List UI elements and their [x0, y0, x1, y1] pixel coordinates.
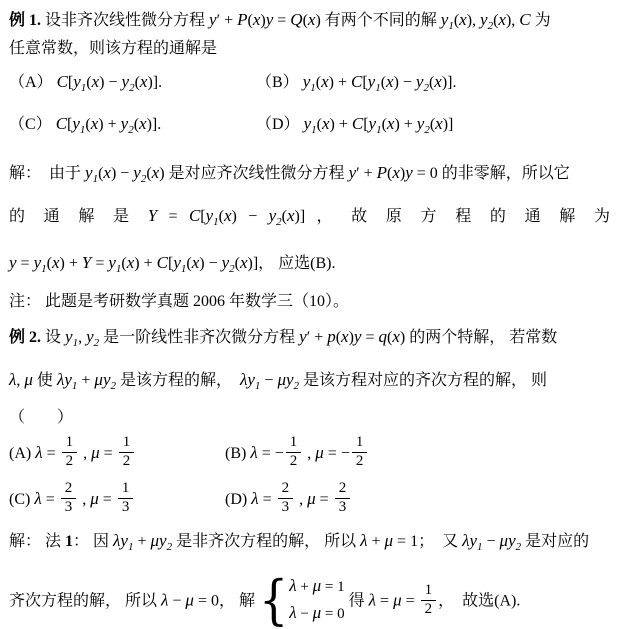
fraction: 12: [62, 435, 78, 470]
text-run: =: [316, 491, 333, 508]
math-variable: C: [351, 72, 362, 91]
math-variable: C: [157, 253, 168, 272]
equation-system: {λ + μ = 1λ − μ = 0: [259, 573, 345, 627]
math-variable: Y: [148, 206, 157, 225]
math-variable: μ: [150, 531, 159, 550]
math-variable: x: [392, 327, 400, 346]
text-run: ) −: [111, 165, 133, 182]
text-run: = 0: [321, 606, 344, 622]
subscript: 2: [488, 20, 494, 32]
math-variable: y: [86, 327, 94, 346]
text-run: ， 故选(A).: [438, 593, 520, 610]
math-variable: μ: [313, 576, 322, 595]
ex2-problem-line2: λ, μ 使 λy1 + μy2 是该方程的解， λy1 − μy2 是该方程对…: [9, 368, 610, 393]
text-run: = 0 的非零解，所以它: [413, 165, 570, 182]
math-variable: μ: [90, 489, 99, 508]
fraction: 12: [286, 435, 302, 470]
fraction: 23: [335, 481, 351, 516]
subscript: 1: [80, 124, 86, 136]
text-run: +: [297, 579, 313, 595]
math-variable: y: [122, 72, 130, 91]
math-variable: y: [120, 531, 128, 550]
math-variable: x: [321, 72, 329, 91]
subscript: 1: [128, 541, 134, 553]
ex1-note: 注： 此题是考研数学真题 2006 年数学三（10）。: [9, 290, 610, 314]
text-run: = 1: [321, 579, 344, 595]
fraction-denominator: 2: [286, 453, 302, 470]
option-left: (A) λ = 12 , μ = 12: [9, 430, 136, 477]
math-variable: x: [139, 114, 147, 133]
math-variable: μ: [94, 370, 103, 389]
ex1-options-row-cd: （C） C[y1(x) + y2(x)].（D） y1(x) + C[y1(x)…: [9, 112, 610, 137]
system-row: λ − μ = 0: [289, 600, 344, 627]
text-run: （ ）: [9, 409, 73, 426]
subscript: 1: [41, 263, 47, 275]
math-variable: λ: [289, 603, 296, 622]
fraction-numerator: 1: [119, 435, 135, 453]
math-variable: C: [57, 72, 68, 91]
text-run: ) 的两个特解， 若常数: [400, 329, 557, 346]
text-run: −: [168, 593, 185, 610]
math-variable: y: [108, 253, 116, 272]
math-variable: Q: [290, 10, 302, 29]
text-run: = 0， 解: [194, 593, 259, 610]
subscript: 1: [81, 82, 87, 94]
fraction-numerator: 2: [335, 481, 351, 499]
math-variable: μ: [393, 591, 402, 610]
math-variable: λ: [369, 591, 376, 610]
text-run: = 1； 又: [393, 533, 462, 550]
subscript: 1: [116, 263, 122, 275]
math-variable: x: [103, 163, 111, 182]
math-variable: P: [377, 163, 387, 182]
subscript: 1: [213, 216, 219, 228]
text-run: 为: [531, 12, 551, 29]
math-variable: x: [434, 72, 442, 91]
subscript: 1: [73, 337, 79, 349]
math-variable: y: [65, 327, 73, 346]
ex1-solution-line1: 解： 由于 y1(x) − y2(x) 是对应齐次线性微分方程 y′ + P(x…: [9, 161, 610, 186]
fraction-numerator: 1: [352, 435, 368, 453]
math-variable: y: [73, 72, 81, 91]
system-rows: λ + μ = 1λ − μ = 0: [289, 573, 344, 627]
math-variable: x: [52, 253, 60, 272]
math-variable: μ: [91, 443, 100, 462]
text-run: 的 通 解 是: [9, 208, 148, 225]
math-variable: λ: [251, 489, 258, 508]
math-variable: y: [286, 370, 294, 389]
text-run: (C): [9, 491, 34, 508]
ex2-options-row-ab: (A) λ = 12 , μ = 12(B) λ = −12 , μ = −12: [9, 430, 610, 477]
math-variable: y: [405, 163, 413, 182]
text-run: ,: [303, 445, 315, 462]
text-run: =: [157, 208, 189, 225]
text-run: ′ +: [307, 329, 328, 346]
math-variable: x: [498, 10, 506, 29]
text-run: (D): [225, 491, 251, 508]
text-run: 得: [345, 593, 369, 610]
fraction: 12: [352, 435, 368, 470]
text-run: ) +: [134, 255, 156, 272]
subscript: 1: [375, 82, 381, 94]
text-run: =: [42, 491, 59, 508]
text-run: −: [297, 606, 313, 622]
text-run: ) −: [199, 255, 221, 272]
text-run: ) +: [60, 255, 82, 272]
subscript: 2: [516, 541, 522, 553]
text-run: ) +: [329, 116, 351, 133]
text-run: ： 因: [73, 533, 113, 550]
fraction: 23: [61, 481, 77, 516]
math-variable: C: [189, 206, 200, 225]
fraction-numerator: 2: [278, 481, 294, 499]
text-run: 是一阶线性非齐次微分方程: [99, 329, 299, 346]
subscript: 2: [128, 124, 134, 136]
math-variable: y: [85, 163, 93, 182]
text-run: （B）: [256, 74, 303, 91]
math-variable: μ: [307, 489, 316, 508]
subscript: 2: [94, 337, 100, 349]
math-variable: y: [209, 10, 217, 29]
subscript: 2: [110, 380, 116, 392]
text-run: ) −: [232, 208, 269, 225]
text-run: ′ +: [217, 12, 238, 29]
math-document: 例 1. 设非齐次线性微分方程 y′ + P(x)y = Q(x) 有两个不同的…: [0, 0, 618, 629]
math-variable: x: [459, 10, 467, 29]
text-run: ),: [506, 12, 519, 29]
text-run: ,: [79, 445, 91, 462]
option-right: （B） y1(x) + C[y1(x) − y2(x)].: [256, 70, 457, 95]
option-right: (B) λ = −12 , μ = −12: [225, 430, 369, 477]
system-row: λ + μ = 1: [289, 573, 344, 600]
ex2-problem-line1: 例 2. 设 y1, y2 是一阶线性非齐次微分方程 y′ + p(x)y = …: [9, 325, 610, 350]
option-right: （D） y1(x) + C[y1(x) + y2(x)]: [256, 112, 453, 137]
fraction: 23: [278, 481, 294, 516]
text-run: （D）: [256, 116, 304, 133]
text-run: ,: [78, 491, 90, 508]
math-variable: C: [352, 114, 363, 133]
math-variable: y: [247, 370, 255, 389]
fraction-denominator: 2: [421, 601, 437, 618]
text-run: )]: [443, 116, 454, 133]
ex2-solution-line1: 解： 法 1： 因 λy1 + μy2 是非齐次方程的解， 所以 λ + μ =…: [9, 529, 610, 554]
ex1-problem-line2: 任意常数，则该方程的通解是: [9, 37, 610, 61]
math-variable: y: [269, 206, 277, 225]
text-run: ) 有两个不同的解: [315, 12, 440, 29]
bold-text-run: 例 2.: [9, 329, 41, 346]
text-run: =: [43, 445, 60, 462]
text-run: （C）: [9, 116, 56, 133]
math-variable: y: [133, 163, 141, 182]
math-variable: C: [56, 114, 67, 133]
text-run: ′ +: [356, 165, 377, 182]
subscript: 1: [255, 380, 261, 392]
text-run: −: [483, 533, 500, 550]
text-run: )]， 应选(B).: [248, 255, 336, 272]
fraction-numerator: 1: [286, 435, 302, 453]
ex2-options-row-cd: (C) λ = 23 , μ = 13(D) λ = 23 , μ = 23: [9, 476, 610, 523]
math-variable: y: [469, 531, 477, 550]
subscript: 1: [72, 380, 78, 392]
text-run: =: [100, 445, 117, 462]
math-variable: μ: [385, 531, 394, 550]
math-variable: C: [519, 10, 530, 29]
fraction-denominator: 2: [352, 453, 368, 470]
text-run: ) −: [99, 74, 121, 91]
text-run: +: [77, 372, 94, 389]
fraction: 13: [118, 481, 134, 516]
text-run: 解： 法: [9, 533, 65, 550]
text-run: )] ， 故 原 方 程 的 通 解 为: [295, 208, 610, 225]
fraction-denominator: 3: [335, 499, 351, 516]
text-run: 是该方程对应的齐次方程的解， 则: [299, 372, 547, 389]
text-run: (B): [225, 445, 250, 462]
math-variable: μ: [185, 591, 194, 610]
text-run: ,: [295, 491, 307, 508]
text-run: 任意常数，则该方程的通解是: [9, 40, 217, 57]
subscript: 1: [477, 541, 483, 553]
bold-text-run: 例 1.: [9, 12, 41, 29]
left-brace: {: [259, 574, 288, 627]
ex1-solution-line3: y = y1(x) + Y = y1(x) + C[y1(x) − y2(x)]…: [9, 251, 610, 276]
text-run: )].: [147, 116, 162, 133]
math-variable: μ: [24, 370, 33, 389]
math-variable: P: [237, 10, 247, 29]
math-variable: μ: [315, 443, 324, 462]
subscript: 2: [423, 82, 429, 94]
text-run: )].: [147, 74, 162, 91]
text-run: 是该方程的解，: [116, 372, 240, 389]
subscript: 2: [229, 263, 235, 275]
math-variable: x: [240, 253, 248, 272]
text-run: 是非齐次方程的解， 所以: [172, 533, 360, 550]
option-left: （C） C[y1(x) + y2(x)].: [9, 112, 161, 137]
math-variable: y: [159, 531, 167, 550]
fraction-numerator: 1: [118, 481, 134, 499]
option-left: （A） C[y1(x) − y2(x)].: [9, 70, 162, 95]
math-variable: y: [64, 370, 72, 389]
math-variable: y: [34, 253, 42, 272]
fraction-denominator: 2: [119, 453, 135, 470]
math-variable: x: [287, 206, 295, 225]
fraction-denominator: 2: [62, 453, 78, 470]
fraction-numerator: 2: [61, 481, 77, 499]
text-run: ),: [467, 12, 480, 29]
text-run: 解： 由于: [9, 165, 85, 182]
text-run: =: [273, 12, 290, 29]
math-variable: λ: [289, 576, 296, 595]
math-variable: y: [369, 114, 377, 133]
option-left: (C) λ = 23 , μ = 13: [9, 476, 135, 523]
math-variable: y: [304, 114, 312, 133]
ex1-options-row-ab: （A） C[y1(x) − y2(x)].（B） y1(x) + C[y1(x)…: [9, 70, 610, 95]
fraction-denominator: 3: [278, 499, 294, 516]
math-variable: x: [435, 114, 443, 133]
subscript: 2: [129, 82, 135, 94]
fraction-denominator: 3: [61, 499, 77, 516]
text-run: +: [133, 533, 150, 550]
text-run: )].: [442, 74, 457, 91]
text-run: 使: [33, 372, 57, 389]
subscript: 1: [93, 173, 99, 185]
text-run: 齐次方程的解， 所以: [9, 593, 161, 610]
text-run: =: [376, 593, 393, 610]
fraction-denominator: 3: [118, 499, 134, 516]
math-variable: Y: [82, 253, 91, 272]
ex2-solution-line2: 齐次方程的解， 所以 λ − μ = 0， 解 {λ + μ = 1λ − μ …: [9, 575, 610, 629]
subscript: 2: [424, 124, 430, 136]
ex2-answer-blank: （ ）: [9, 406, 610, 430]
math-variable: y: [9, 253, 17, 272]
math-variable: q: [379, 327, 388, 346]
math-variable: λ: [250, 443, 257, 462]
text-run: =: [259, 491, 276, 508]
option-right: (D) λ = 23 , μ = 23: [225, 476, 352, 523]
text-run: （A）: [9, 74, 57, 91]
fraction-numerator: 1: [421, 583, 437, 601]
text-run: 注： 此题是考研数学真题 2006 年数学三（10）。: [9, 293, 349, 310]
math-variable: μ: [277, 370, 286, 389]
text-run: +: [367, 533, 384, 550]
text-run: =: [99, 491, 116, 508]
math-variable: x: [224, 206, 232, 225]
text-run: = −: [324, 445, 350, 462]
fraction-numerator: 1: [62, 435, 78, 453]
math-variable: y: [349, 163, 357, 182]
ex1-problem-line1: 例 1. 设非齐次线性微分方程 y′ + P(x)y = Q(x) 有两个不同的…: [9, 8, 610, 33]
math-variable: x: [386, 72, 394, 91]
subscript: 1: [448, 20, 454, 32]
text-run: 设非齐次线性微分方程: [41, 12, 209, 29]
math-variable: μ: [500, 531, 509, 550]
math-variable: p: [327, 327, 336, 346]
math-variable: y: [72, 114, 80, 133]
math-variable: y: [508, 531, 516, 550]
text-run: −: [260, 372, 277, 389]
math-variable: λ: [34, 489, 41, 508]
subscript: 1: [181, 263, 187, 275]
text-run: ) +: [394, 116, 416, 133]
bold-text-run: 1: [65, 533, 73, 550]
math-variable: μ: [313, 603, 322, 622]
text-run: =: [17, 255, 34, 272]
subscript: 1: [311, 124, 317, 136]
text-run: =: [402, 593, 419, 610]
text-run: 设: [41, 329, 65, 346]
subscript: 1: [376, 124, 382, 136]
subscript: 2: [141, 173, 147, 185]
text-run: ) +: [329, 74, 351, 91]
text-run: (A): [9, 445, 35, 462]
math-variable: x: [392, 163, 400, 182]
subscript: 2: [276, 216, 282, 228]
text-run: ) −: [394, 74, 416, 91]
math-variable: y: [173, 253, 181, 272]
text-run: =: [361, 329, 378, 346]
math-variable: λ: [35, 443, 42, 462]
text-run: = −: [258, 445, 284, 462]
math-variable: y: [480, 10, 488, 29]
math-variable: x: [341, 327, 349, 346]
subscript: 2: [167, 541, 173, 553]
math-variable: y: [299, 327, 307, 346]
text-run: 是对应的: [521, 533, 589, 550]
ex1-solution-line2: 的 通 解 是 Y = C[y1(x) − y2(x)] ， 故 原 方 程 的…: [9, 204, 610, 229]
fraction: 12: [119, 435, 135, 470]
text-run: ) +: [98, 116, 120, 133]
subscript: 1: [310, 82, 316, 94]
text-run: =: [91, 255, 108, 272]
text-run: ,: [78, 329, 86, 346]
math-variable: y: [222, 253, 230, 272]
subscript: 2: [294, 380, 300, 392]
text-run: ) 是对应齐次线性微分方程: [159, 165, 348, 182]
fraction: 12: [421, 583, 437, 618]
